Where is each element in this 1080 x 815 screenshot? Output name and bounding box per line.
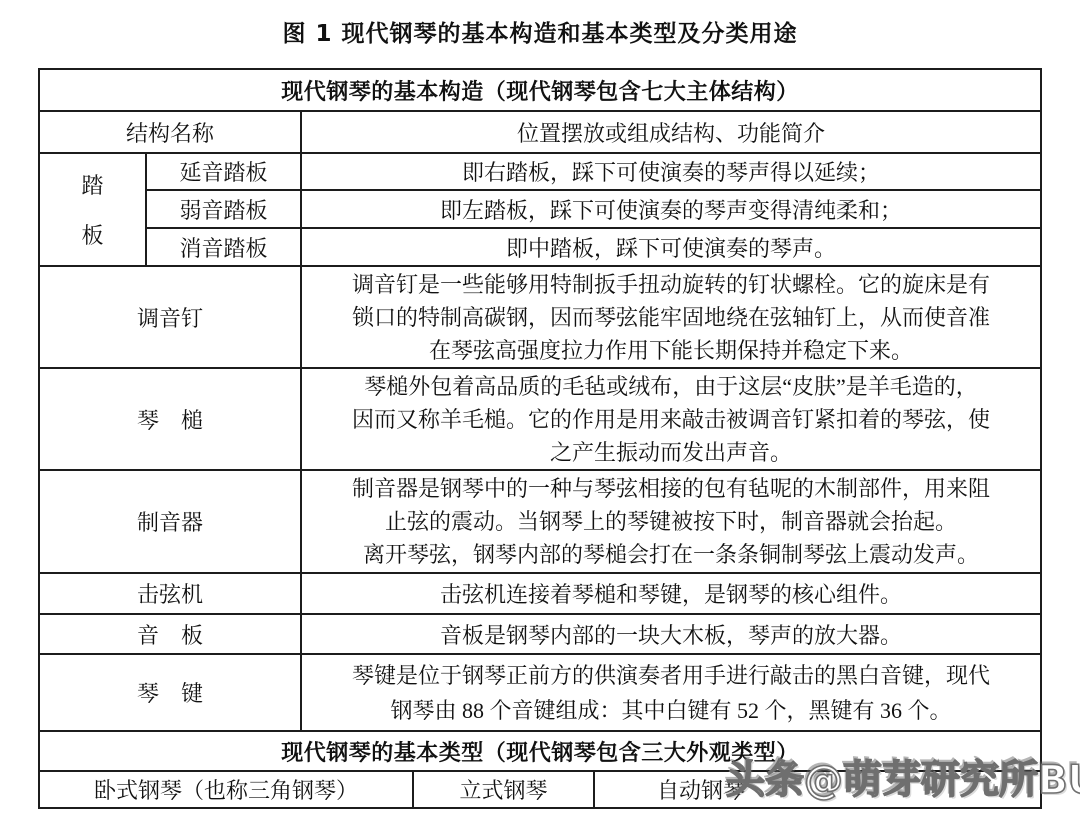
desc-line: 之产生振动而发出声音。 bbox=[302, 436, 1040, 469]
desc-line: 制音器是钢琴中的一种与琴弦相接的包有毡呢的木制部件，用来阻 bbox=[302, 472, 1040, 505]
structure-desc: 调音钉是一些能够用特制扳手扭动旋转的钉状螺栓。它的旋床是有 锁口的特制高碳钢，因… bbox=[302, 267, 1040, 367]
pedal-label-top: 踏 bbox=[81, 169, 103, 200]
pedal-row-soft: 弱音踏板 即左踏板，踩下可使演奏的琴声变得清纯柔和； bbox=[147, 189, 1040, 227]
structure-row-keys: 琴 键 琴键是位于钢琴正前方的供演奏者用手进行敲击的黑白音键，现代 钢琴由 88… bbox=[40, 653, 1040, 730]
structure-name: 击弦机 bbox=[40, 574, 302, 613]
pedal-name: 延音踏板 bbox=[147, 154, 302, 189]
structure-desc: 音板是钢琴内部的一块大木板，琴声的放大器。 bbox=[302, 615, 1040, 653]
pedal-group-row: 踏 板 延音踏板 即右踏板，踩下可使演奏的琴声得以延续； 弱音踏板 即左踏板，踩… bbox=[40, 152, 1040, 265]
structure-row-action: 击弦机 击弦机连接着琴槌和琴键，是钢琴的核心组件。 bbox=[40, 572, 1040, 613]
structure-table-header: 现代钢琴的基本构造（现代钢琴包含七大主体结构） bbox=[40, 70, 1040, 110]
pedal-rows: 延音踏板 即右踏板，踩下可使演奏的琴声得以延续； 弱音踏板 即左踏板，踩下可使演… bbox=[147, 154, 1040, 265]
pedal-group-label: 踏 板 bbox=[40, 154, 147, 265]
structure-row-soundboard: 音 板 音板是钢琴内部的一块大木板，琴声的放大器。 bbox=[40, 613, 1040, 653]
pedal-desc: 即右踏板，踩下可使演奏的琴声得以延续； bbox=[302, 154, 1040, 189]
structure-row-tuning-pin: 调音钉 调音钉是一些能够用特制扳手扭动旋转的钉状螺栓。它的旋床是有 锁口的特制高… bbox=[40, 265, 1040, 367]
pedal-desc: 即左踏板，踩下可使演奏的琴声变得清纯柔和； bbox=[302, 191, 1040, 227]
structure-name: 调音钉 bbox=[40, 267, 302, 367]
structure-desc: 琴键是位于钢琴正前方的供演奏者用手进行敲击的黑白音键，现代 钢琴由 88 个音键… bbox=[302, 655, 1040, 730]
piano-structure-table: 现代钢琴的基本构造（现代钢琴包含七大主体结构） 结构名称 位置摆放或组成结构、功… bbox=[38, 68, 1042, 809]
desc-line: 锁口的特制高碳钢，因而琴弦能牢固地绕在弦轴钉上，从而使音准 bbox=[302, 301, 1040, 334]
type-cell-grand: 卧式钢琴（也称三角钢琴） bbox=[40, 772, 414, 807]
pedal-row-mute: 消音踏板 即中踏板，踩下可使演奏的琴声。 bbox=[147, 227, 1040, 265]
structure-desc: 琴槌外包着高品质的毛毡或绒布，由于这层“皮肤”是羊毛造的， 因而又称羊毛槌。它的… bbox=[302, 369, 1040, 469]
structure-row-damper: 制音器 制音器是钢琴中的一种与琴弦相接的包有毡呢的木制部件，用来阻 止弦的震动。… bbox=[40, 469, 1040, 572]
structure-name: 音 板 bbox=[40, 615, 302, 653]
desc-line: 琴槌外包着高品质的毛毡或绒布，由于这层“皮肤”是羊毛造的， bbox=[302, 370, 1040, 403]
column-header-desc: 位置摆放或组成结构、功能简介 bbox=[302, 112, 1040, 152]
pedal-name: 消音踏板 bbox=[147, 229, 302, 265]
column-header-row: 结构名称 位置摆放或组成结构、功能简介 bbox=[40, 110, 1040, 152]
structure-name: 琴 键 bbox=[40, 655, 302, 730]
desc-line: 离开琴弦，钢琴内部的琴槌会打在一条条铜制琴弦上震动发声。 bbox=[302, 538, 1040, 571]
desc-lines: 调音钉是一些能够用特制扳手扭动旋转的钉状螺栓。它的旋床是有 锁口的特制高碳钢，因… bbox=[302, 268, 1040, 367]
pedal-label-bottom: 板 bbox=[81, 219, 103, 250]
pedal-name: 弱音踏板 bbox=[147, 191, 302, 227]
pedal-row-sustain: 延音踏板 即右踏板，踩下可使演奏的琴声得以延续； bbox=[147, 154, 1040, 189]
desc-line: 止弦的震动。当钢琴上的琴键被按下时，制音器就会抬起。 bbox=[302, 505, 1040, 538]
desc-lines: 琴槌外包着高品质的毛毡或绒布，由于这层“皮肤”是羊毛造的， 因而又称羊毛槌。它的… bbox=[302, 370, 1040, 469]
desc-line: 在琴弦高强度拉力作用下能长期保持并稳定下来。 bbox=[302, 334, 1040, 367]
watermark: 头条@萌芽研究所BUD bbox=[726, 749, 1080, 805]
structure-row-hammer: 琴 槌 琴槌外包着高品质的毛毡或绒布，由于这层“皮肤”是羊毛造的， 因而又称羊毛… bbox=[40, 367, 1040, 469]
document-page: 图 1 现代钢琴的基本构造和基本类型及分类用途 现代钢琴的基本构造（现代钢琴包含… bbox=[0, 0, 1080, 815]
structure-name: 制音器 bbox=[40, 471, 302, 572]
desc-line: 调音钉是一些能够用特制扳手扭动旋转的钉状螺栓。它的旋床是有 bbox=[302, 268, 1040, 301]
desc-line: 因而又称羊毛槌。它的作用是用来敲击被调音钉紧扣着的琴弦，使 bbox=[302, 403, 1040, 436]
figure-title: 图 1 现代钢琴的基本构造和基本类型及分类用途 bbox=[0, 15, 1080, 48]
column-header-name: 结构名称 bbox=[40, 112, 302, 152]
structure-desc: 击弦机连接着琴槌和琴键，是钢琴的核心组件。 bbox=[302, 574, 1040, 613]
desc-line: 琴键是位于钢琴正前方的供演奏者用手进行敲击的黑白音键，现代 bbox=[302, 658, 1040, 693]
desc-line: 钢琴由 88 个音键组成：其中白键有 52 个，黑键有 36 个。 bbox=[302, 693, 1040, 728]
desc-lines: 制音器是钢琴中的一种与琴弦相接的包有毡呢的木制部件，用来阻 止弦的震动。当钢琴上… bbox=[302, 472, 1040, 571]
desc-lines: 琴键是位于钢琴正前方的供演奏者用手进行敲击的黑白音键，现代 钢琴由 88 个音键… bbox=[302, 658, 1040, 728]
structure-name: 琴 槌 bbox=[40, 369, 302, 469]
pedal-desc: 即中踏板，踩下可使演奏的琴声。 bbox=[302, 229, 1040, 265]
structure-desc: 制音器是钢琴中的一种与琴弦相接的包有毡呢的木制部件，用来阻 止弦的震动。当钢琴上… bbox=[302, 471, 1040, 572]
type-cell-upright: 立式钢琴 bbox=[414, 772, 595, 807]
